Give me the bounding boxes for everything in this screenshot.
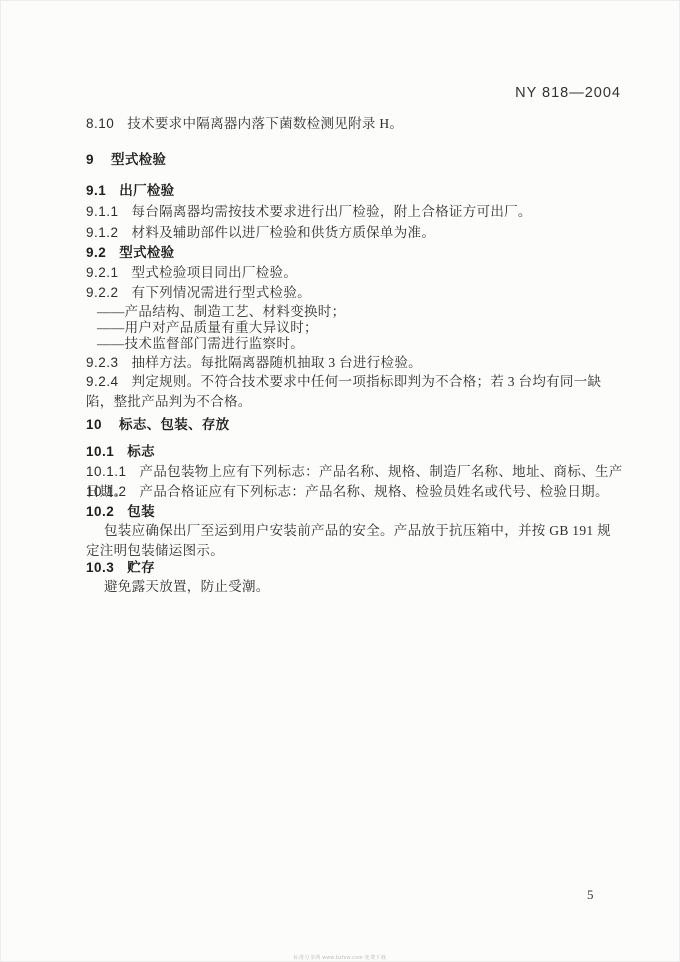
clause-10-1-2: 10.1.2产品合格证应有下列标志：产品名称、规格、检验员姓名或代号、检验日期。 [86, 482, 623, 502]
clause-number: 9.1.2 [86, 225, 119, 240]
standard-code-header: NY 818—2004 [515, 85, 621, 101]
section-title: 出厂检验 [119, 183, 174, 198]
section-number: 9.2 [86, 245, 106, 260]
section-heading-10: 10标志、包装、存放 [86, 415, 623, 435]
clause-text: 判定规则。不符合技术要求中任何一项指标即判为不合格；若 3 台均有同一缺陷，整批… [86, 374, 601, 409]
section-title: 贮存 [127, 560, 155, 575]
section-title: 型式检验 [111, 152, 166, 167]
clause-number: 9.2.1 [86, 265, 119, 280]
clause-8-10: 8.10技术要求中隔离器内落下菌数检测见附录 H。 [86, 114, 623, 134]
dash-item-text: ——用户对产品质量有重大异议时； [97, 320, 318, 335]
subsection-heading-10-1: 10.1标志 [86, 442, 623, 462]
clause-number: 9.2.3 [86, 355, 119, 370]
page-number: 5 [587, 887, 594, 903]
clause-text: 有下列情况需进行型式检验。 [132, 285, 311, 300]
clause-text: 抽样方法。每批隔离器随机抽取 3 台进行检验。 [132, 355, 422, 370]
clause-number: 9.2.2 [86, 285, 119, 300]
clause-9-1-2: 9.1.2材料及辅助部件以进厂检验和供货方质保单为准。 [86, 223, 623, 243]
clause-9-2-4: 9.2.4判定规则。不符合技术要求中任何一项指标即判为不合格；若 3 台均有同一… [86, 372, 623, 412]
clause-number: 10.1.1 [86, 464, 127, 479]
dash-item-text: ——产品结构、制造工艺、材料变换时； [97, 304, 345, 319]
subsection-heading-10-3: 10.3贮存 [86, 558, 623, 578]
body-paragraph-10-2: 包装应确保出厂至运到用户安装前产品的安全。产品放于抗压箱中，并按 GB 191 … [86, 521, 623, 561]
document-page: NY 818—2004 8.10技术要求中隔离器内落下菌数检测见附录 H。 9型… [0, 0, 680, 962]
section-title: 标志 [127, 444, 155, 459]
clause-text: 材料及辅助部件以进厂检验和供货方质保单为准。 [132, 225, 436, 240]
watermark-text: 标准分享网 www.bzfxw.com 免费下载 [1, 954, 679, 961]
clause-text: 每台隔离器均需按技术要求进行出厂检验，附上合格证方可出厂。 [132, 204, 532, 219]
clause-9-2-3: 9.2.3抽样方法。每批隔离器随机抽取 3 台进行检验。 [86, 353, 623, 373]
section-number: 9.1 [86, 183, 106, 198]
paragraph-text: 包装应确保出厂至运到用户安装前产品的安全。产品放于抗压箱中，并按 GB 191 … [86, 523, 611, 558]
section-number: 9 [86, 152, 94, 167]
clause-9-1-1: 9.1.1每台隔离器均需按技术要求进行出厂检验，附上合格证方可出厂。 [86, 202, 623, 222]
subsection-heading-9-1: 9.1出厂检验 [86, 181, 623, 201]
dash-item-text: ——技术监督部门需进行监察时。 [97, 336, 304, 351]
clause-number: 10.1.2 [86, 484, 127, 499]
clause-text: 型式检验项目同出厂检验。 [132, 265, 298, 280]
subsection-heading-9-2: 9.2型式检验 [86, 243, 623, 263]
clause-9-2-2: 9.2.2有下列情况需进行型式检验。 [86, 283, 623, 303]
subsection-heading-10-2: 10.2包装 [86, 502, 623, 522]
section-title: 包装 [127, 504, 155, 519]
paragraph-text: 避免露天放置，防止受潮。 [104, 579, 270, 594]
clause-number: 8.10 [86, 116, 114, 131]
section-number: 10.2 [86, 504, 114, 519]
clause-9-2-1: 9.2.1型式检验项目同出厂检验。 [86, 263, 623, 283]
section-number: 10 [86, 417, 102, 432]
clause-number: 9.2.4 [86, 374, 119, 389]
section-title: 标志、包装、存放 [119, 417, 229, 432]
section-heading-9: 9型式检验 [86, 150, 623, 170]
dash-item-3: ——技术监督部门需进行监察时。 [86, 334, 623, 354]
section-title: 型式检验 [119, 245, 174, 260]
clause-text: 技术要求中隔离器内落下菌数检测见附录 H。 [127, 116, 403, 131]
section-number: 10.1 [86, 444, 114, 459]
clause-number: 9.1.1 [86, 204, 119, 219]
body-paragraph-10-3: 避免露天放置，防止受潮。 [86, 577, 623, 597]
section-number: 10.3 [86, 560, 114, 575]
clause-text: 产品合格证应有下列标志：产品名称、规格、检验员姓名或代号、检验日期。 [140, 484, 609, 499]
